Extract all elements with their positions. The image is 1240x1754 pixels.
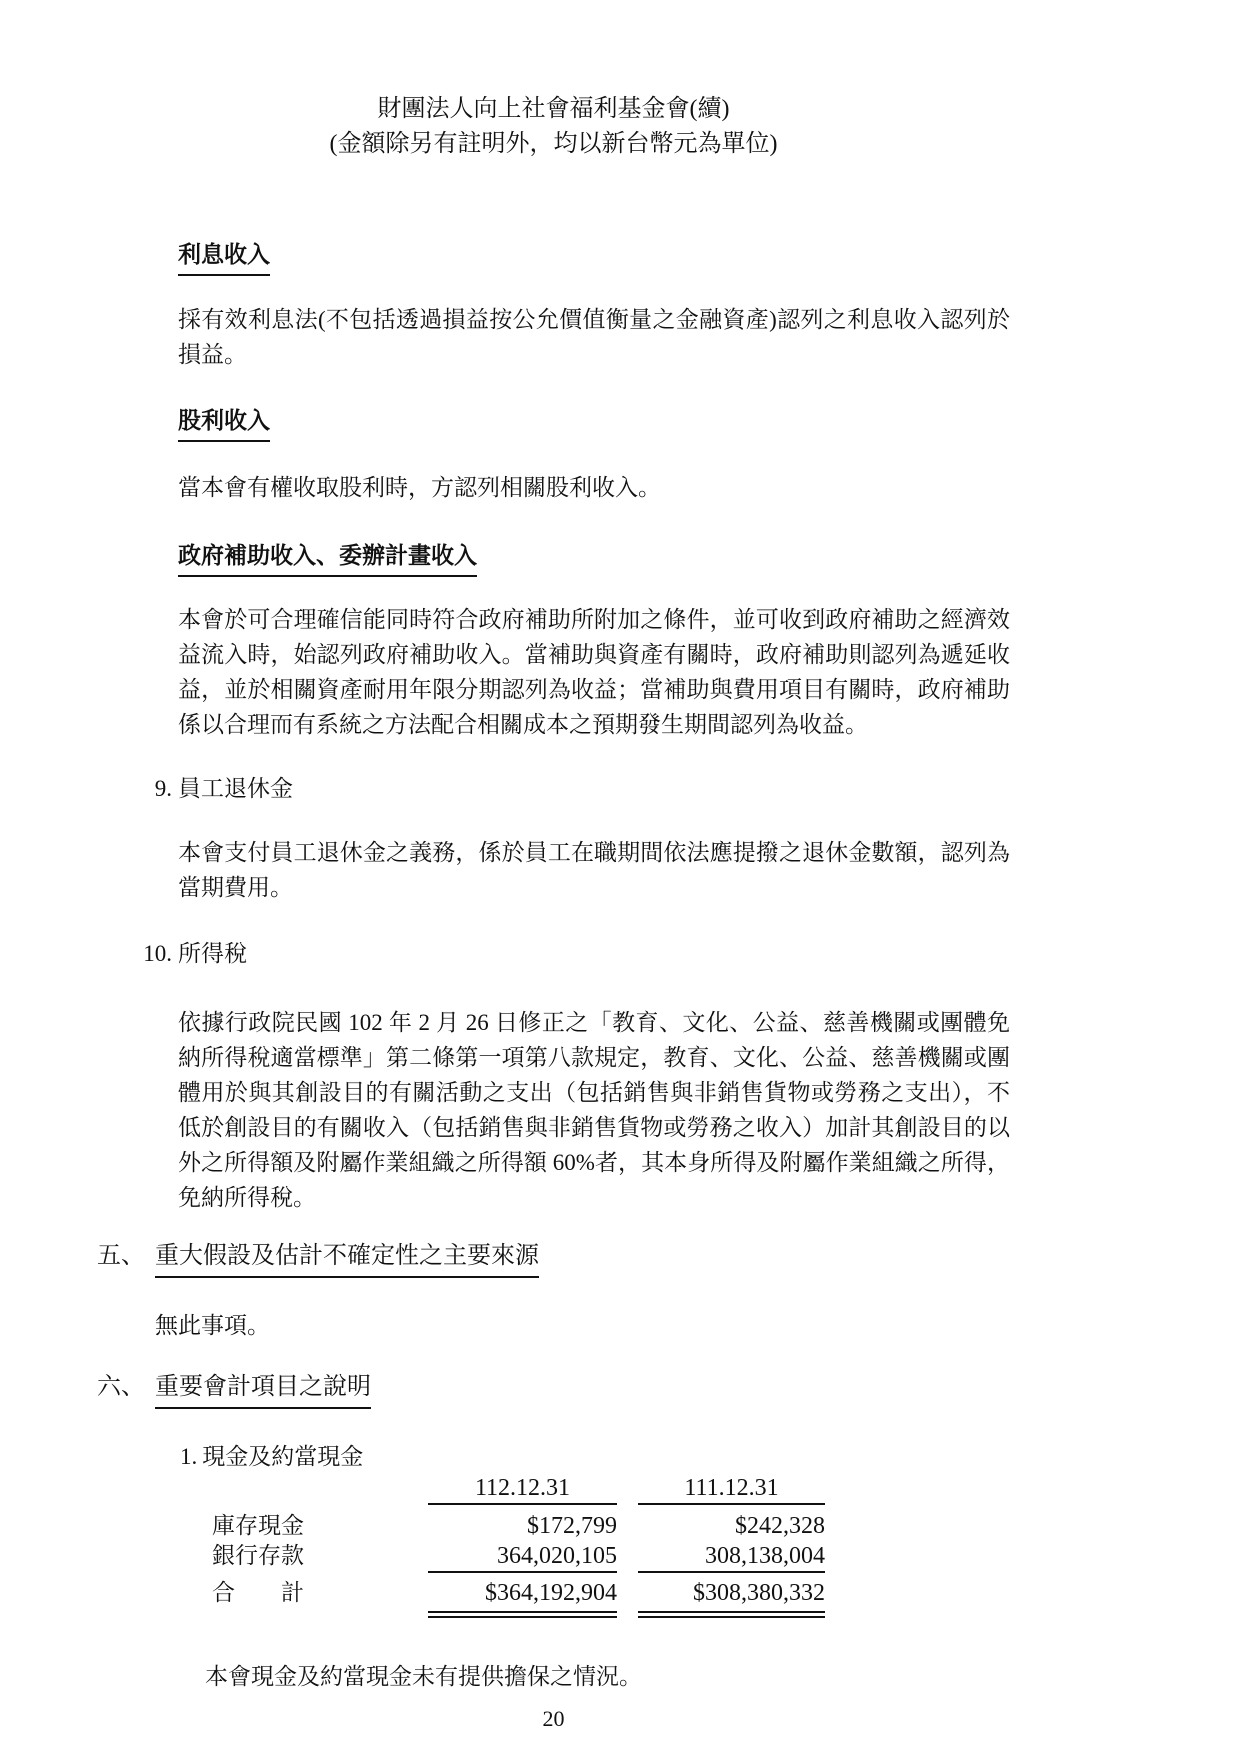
- item-1-title: 現金及約當現金: [202, 1440, 363, 1473]
- column-gap: [617, 1511, 638, 1541]
- row-label: 銀行存款: [97, 1541, 428, 1573]
- para-cash-pledge-note: 本會現金及約當現金未有提供擔保之情況。: [205, 1660, 1010, 1693]
- section-6-heading: 六、 重要會計項目之說明: [97, 1371, 1010, 1409]
- column-gap: [617, 1541, 638, 1573]
- item-9-title: 員工退休金: [178, 772, 293, 805]
- item-9-number: 9.: [97, 772, 172, 805]
- para-income-tax: 依據行政院民國 102 年 2 月 26 日修正之「教育、文化、公益、慈善機關或…: [178, 1005, 1010, 1215]
- item-9-pension: 9. 員工退休金: [97, 772, 1010, 805]
- item-1-cash-heading: 1. 現金及約當現金: [180, 1440, 1010, 1473]
- row-value-current-year: $364,192,904: [428, 1577, 617, 1618]
- table-row-cash-on-hand: 庫存現金 $172,799 $242,328: [97, 1505, 1010, 1541]
- para-government-grant: 本會於可合理確信能同時符合政府補助所附加之條件，並可收到政府補助之經濟效益流入時…: [178, 602, 1010, 742]
- heading-dividend-income: 股利收入: [178, 404, 1010, 442]
- row-label: 合 計: [97, 1577, 428, 1618]
- document-title-block: 財團法人向上社會福利基金會(續) (金額除另有註明外，均以新台幣元為單位): [97, 92, 1010, 162]
- col-header-111-12-31: 111.12.31: [638, 1475, 825, 1505]
- para-dividend-income: 當本會有權收取股利時，方認列相關股利收入。: [178, 470, 1010, 505]
- section-5-number: 五、: [97, 1240, 155, 1278]
- row-value-prior-year: $242,328: [638, 1511, 825, 1541]
- para-pension: 本會支付員工退休金之義務，係於員工在職期間依法應提撥之退休金數額，認列為當期費用…: [178, 835, 1010, 905]
- table-row-bank-deposits: 銀行存款 364,020,105 308,138,004: [97, 1541, 1010, 1573]
- table-row-total: 合 計 $364,192,904 $308,380,332: [97, 1573, 1010, 1618]
- item-10-title: 所得稅: [178, 937, 247, 970]
- col-header-112-12-31: 112.12.31: [428, 1475, 617, 1505]
- row-value-prior-year: 308,138,004: [638, 1541, 825, 1573]
- heading-interest-income-text: 利息收入: [178, 238, 270, 276]
- heading-interest-income: 利息收入: [178, 238, 1010, 276]
- row-value-current-year: $172,799: [428, 1511, 617, 1541]
- section-5-heading: 五、 重大假設及估計不確定性之主要來源: [97, 1240, 1010, 1278]
- heading-government-grant: 政府補助收入、委辦計畫收入: [178, 539, 1010, 577]
- cash-table: 112.12.31 111.12.31 庫存現金 $172,799 $242,3…: [97, 1475, 1010, 1618]
- heading-government-grant-text: 政府補助收入、委辦計畫收入: [178, 539, 477, 577]
- page-number: 20: [97, 1705, 1010, 1733]
- header-spacer: [97, 1475, 428, 1505]
- cash-table-header-row: 112.12.31 111.12.31: [97, 1475, 1010, 1505]
- row-value-prior-year: $308,380,332: [638, 1577, 825, 1618]
- section-5-title: 重大假設及估計不確定性之主要來源: [155, 1240, 539, 1278]
- section-6-number: 六、: [97, 1371, 155, 1409]
- section-6-title: 重要會計項目之說明: [155, 1371, 371, 1409]
- para-no-such-item: 無此事項。: [155, 1308, 1010, 1343]
- document-content: 財團法人向上社會福利基金會(續) (金額除另有註明外，均以新台幣元為單位) 利息…: [97, 92, 1010, 1733]
- column-gap: [617, 1475, 638, 1505]
- item-10-income-tax: 10. 所得稅: [97, 937, 1010, 970]
- row-label: 庫存現金: [97, 1511, 428, 1541]
- heading-dividend-income-text: 股利收入: [178, 404, 270, 442]
- row-value-current-year: 364,020,105: [428, 1541, 617, 1573]
- column-gap: [617, 1577, 638, 1618]
- page-title: 財團法人向上社會福利基金會(續): [97, 92, 1010, 127]
- para-interest-income: 採有效利息法(不包括透過損益按公允價值衡量之金融資產)認列之利息收入認列於損益。: [178, 302, 1010, 372]
- item-1-number: 1.: [180, 1440, 197, 1473]
- document-page: 財團法人向上社會福利基金會(續) (金額除另有註明外，均以新台幣元為單位) 利息…: [0, 0, 1240, 1754]
- item-10-number: 10.: [97, 937, 172, 970]
- page-subtitle: (金額除另有註明外，均以新台幣元為單位): [97, 127, 1010, 162]
